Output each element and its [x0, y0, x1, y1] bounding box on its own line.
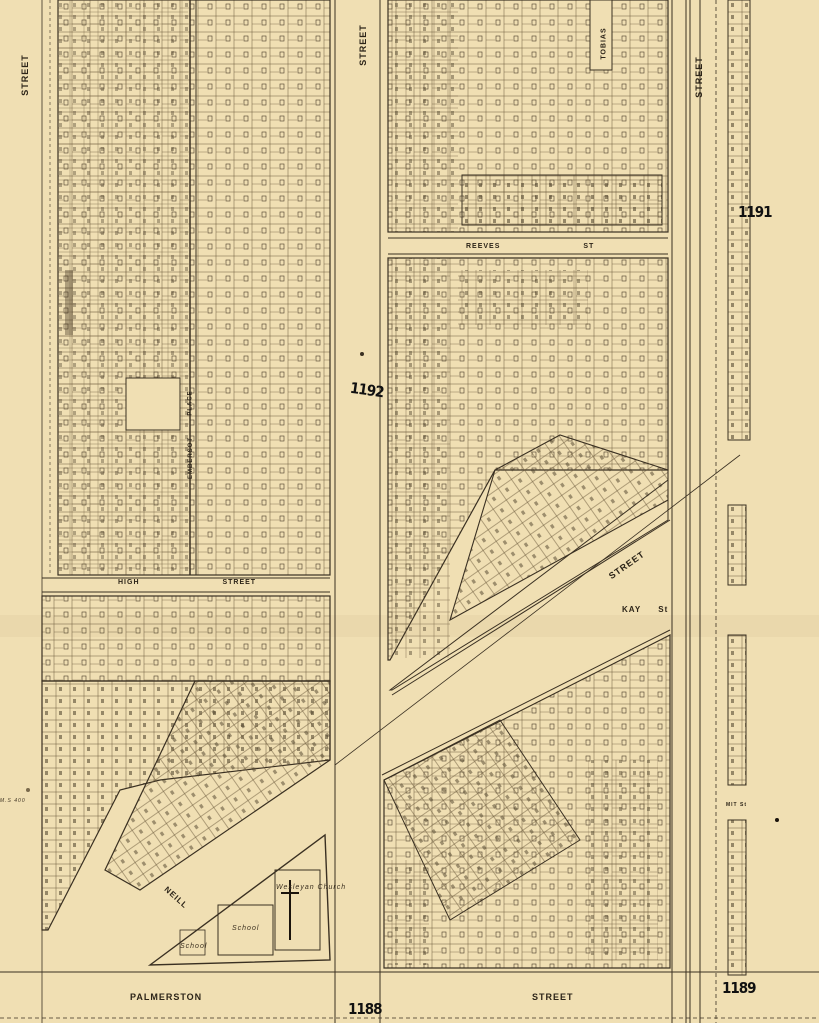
high-suffix: STREET: [222, 579, 256, 586]
wesleyan-church-label: Wesleyan Church: [276, 884, 346, 891]
high-street-label: HIGH STREET: [118, 579, 256, 586]
east-street-label: STREET: [694, 56, 704, 98]
lane-label: EMBERSOT: [188, 437, 194, 479]
margin-note: M.S 400: [0, 798, 26, 804]
mit-street-label: MIT St: [726, 802, 747, 808]
kay-suffix: St: [658, 605, 668, 614]
school-label: School: [232, 925, 259, 932]
tobias-label: TOBIAS: [601, 27, 608, 59]
high-name: HIGH: [118, 579, 140, 586]
small-school-label: School: [180, 943, 207, 950]
palmerston-street-label: PALMERSTON: [130, 992, 202, 1002]
reeves-street-label: REEVES ST: [466, 243, 594, 250]
west-street-label: STREET: [20, 54, 30, 96]
palmerston-street-suffix: STREET: [532, 992, 574, 1002]
place-label: PLACE: [188, 390, 194, 415]
reeves-suffix: ST: [583, 243, 594, 250]
sheet-number-1188: 1188: [348, 1000, 382, 1018]
sheet-number-1191: 1191: [738, 203, 772, 221]
sheet-number-1189: 1189: [722, 979, 756, 997]
map-sheet: STREET STREET STREET REEVES ST TOBIAS PL…: [0, 0, 819, 1023]
center-street-label: STREET: [358, 24, 368, 66]
street-plan-drawing: [0, 0, 819, 1023]
reeves-name: REEVES: [466, 243, 500, 250]
kay-street-label: KAY St: [622, 605, 668, 614]
kay-name: KAY: [622, 605, 641, 614]
